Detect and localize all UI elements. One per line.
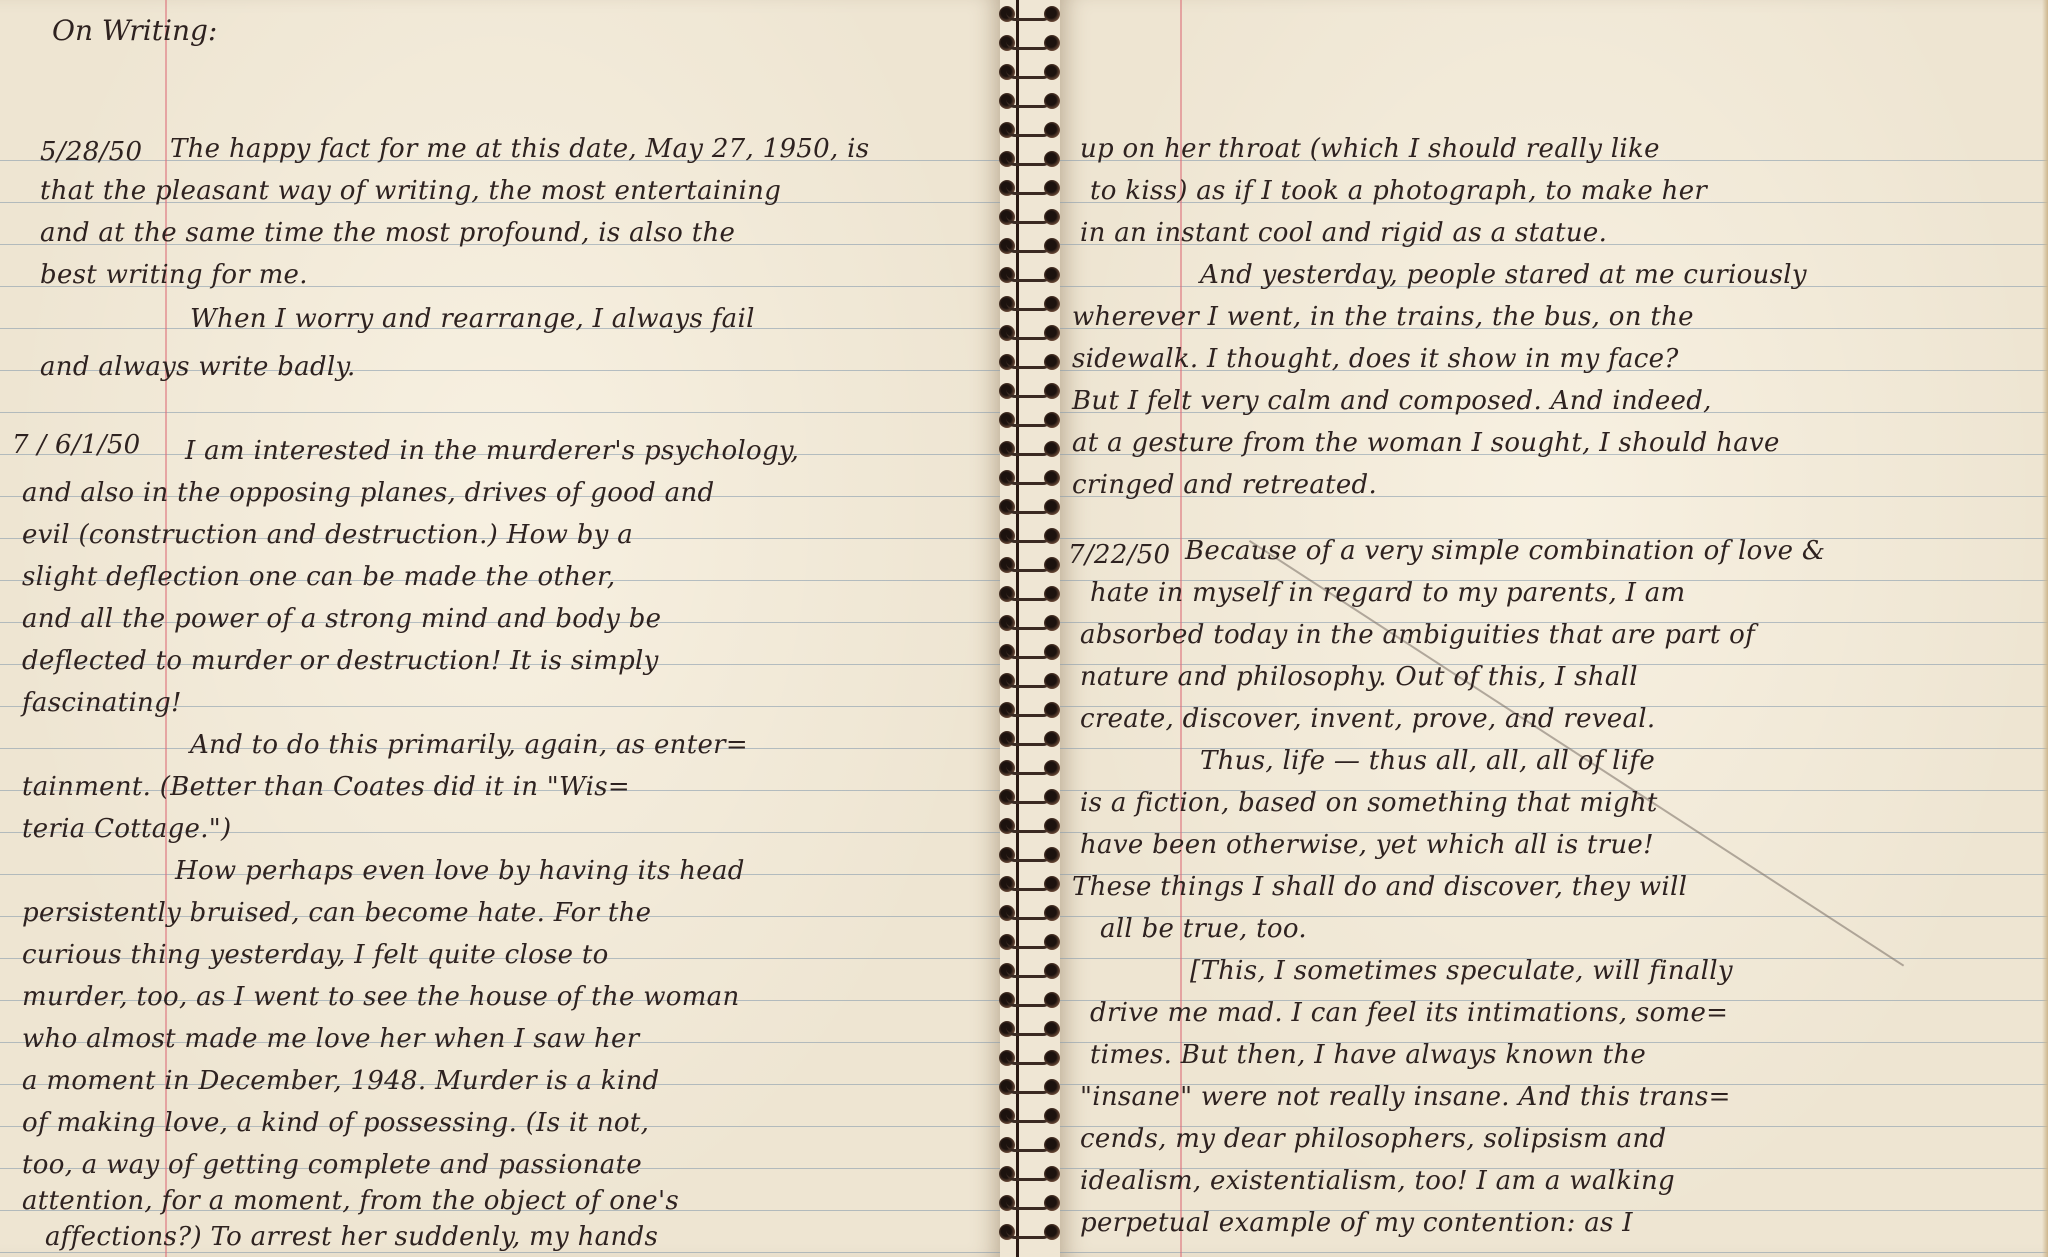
entry-date: 7/22/50 bbox=[1068, 540, 1170, 570]
binding-ring bbox=[996, 876, 1066, 896]
text-line: and all the power of a strong mind and b… bbox=[22, 598, 661, 640]
punch-hole bbox=[1044, 818, 1060, 834]
binding-ring bbox=[996, 905, 1066, 925]
text-line: [This, I sometimes speculate, will final… bbox=[1190, 950, 1733, 992]
punch-hole bbox=[1044, 93, 1060, 109]
text-line: murder, too, as I went to see the house … bbox=[22, 976, 740, 1018]
punch-hole bbox=[1044, 905, 1060, 921]
text-line: The happy fact for me at this date, May … bbox=[170, 128, 869, 170]
punch-hole bbox=[1044, 847, 1060, 863]
text-line: at a gesture from the woman I sought, I … bbox=[1072, 422, 1780, 464]
text-line: is a fiction, based on something that mi… bbox=[1080, 782, 1658, 824]
text-line: evil (construction and destruction.) How… bbox=[22, 514, 633, 556]
binding-ring bbox=[996, 296, 1066, 316]
binding-ring bbox=[996, 789, 1066, 809]
entry-date: 5/28/50 bbox=[40, 137, 142, 167]
text-line: But I felt very calm and composed. And i… bbox=[1072, 380, 1712, 422]
punch-hole bbox=[1044, 992, 1060, 1008]
binding-ring bbox=[996, 528, 1066, 548]
punch-hole bbox=[1044, 441, 1060, 457]
text-line: nature and philosophy. Out of this, I sh… bbox=[1080, 656, 1638, 698]
punch-hole bbox=[1044, 64, 1060, 80]
text-line: fascinating! bbox=[22, 682, 182, 724]
binding-ring bbox=[996, 151, 1066, 171]
punch-hole bbox=[1044, 1224, 1060, 1240]
binding-ring bbox=[996, 673, 1066, 693]
binding-ring bbox=[996, 702, 1066, 722]
binding-ring bbox=[996, 1079, 1066, 1099]
punch-hole bbox=[1044, 673, 1060, 689]
punch-hole bbox=[1044, 238, 1060, 254]
punch-hole bbox=[1044, 180, 1060, 196]
text-line: up on her throat (which I should really … bbox=[1080, 128, 1660, 170]
page-heading: On Writing: bbox=[52, 14, 217, 47]
text-line: Because of a very simple combination of … bbox=[1185, 530, 1825, 572]
text-line: in an instant cool and rigid as a statue… bbox=[1080, 212, 1607, 254]
notebook-spread: On Writing: 5/28/50 The happy fact for m… bbox=[0, 0, 2048, 1257]
binding-ring bbox=[996, 847, 1066, 867]
text-line: slight deflection one can be made the ot… bbox=[22, 556, 615, 598]
text-line: sidewalk. I thought, does it show in my … bbox=[1072, 338, 1679, 380]
punch-hole bbox=[1044, 731, 1060, 747]
binding-ring bbox=[996, 325, 1066, 345]
binding-ring bbox=[996, 412, 1066, 432]
text-line: a moment in December, 1948. Murder is a … bbox=[22, 1060, 659, 1102]
punch-hole bbox=[1044, 528, 1060, 544]
text-line: How perhaps even love by having its head bbox=[175, 850, 745, 892]
punch-hole bbox=[1044, 615, 1060, 631]
binding-ring bbox=[996, 1137, 1066, 1157]
binding-ring bbox=[996, 180, 1066, 200]
punch-hole bbox=[1044, 1021, 1060, 1037]
punch-hole bbox=[1044, 35, 1060, 51]
binding-ring bbox=[996, 1195, 1066, 1215]
punch-hole bbox=[1044, 1079, 1060, 1095]
text-line: curious thing yesterday, I felt quite cl… bbox=[22, 934, 609, 976]
punch-hole bbox=[1044, 383, 1060, 399]
binding-ring bbox=[996, 93, 1066, 113]
binding-ring bbox=[996, 441, 1066, 461]
punch-hole bbox=[1044, 760, 1060, 776]
punch-hole bbox=[1044, 586, 1060, 602]
text-line: have been otherwise, yet which all is tr… bbox=[1080, 824, 1654, 866]
text-line: deflected to murder or destruction! It i… bbox=[22, 640, 659, 682]
text-line: cends, my dear philosophers, solipsism a… bbox=[1080, 1118, 1666, 1160]
binding-ring bbox=[996, 238, 1066, 258]
punch-hole bbox=[1044, 702, 1060, 718]
binding-ring bbox=[996, 1108, 1066, 1128]
text-line: I am interested in the murderer's psycho… bbox=[185, 430, 799, 472]
punch-hole bbox=[1044, 963, 1060, 979]
binding-ring bbox=[996, 499, 1066, 519]
binding-ring bbox=[996, 557, 1066, 577]
punch-hole bbox=[1044, 325, 1060, 341]
binding-ring bbox=[996, 383, 1066, 403]
punch-hole bbox=[1044, 934, 1060, 950]
punch-hole bbox=[1044, 267, 1060, 283]
punch-hole bbox=[1044, 6, 1060, 22]
punch-hole bbox=[1044, 470, 1060, 486]
binding-ring bbox=[996, 963, 1066, 983]
text-line: best writing for me. bbox=[40, 254, 308, 296]
punch-hole bbox=[1044, 412, 1060, 428]
binding-ring bbox=[996, 64, 1066, 84]
punch-hole bbox=[1044, 122, 1060, 138]
binding-ring bbox=[996, 6, 1066, 26]
text-line: times. But then, I have always known the bbox=[1090, 1034, 1646, 1076]
text-line: to kiss) as if I took a photograph, to m… bbox=[1090, 170, 1707, 212]
binding-ring bbox=[996, 470, 1066, 490]
text-line: and always write badly. bbox=[40, 346, 356, 388]
punch-hole bbox=[1044, 1195, 1060, 1211]
text-line: perpetual example of my contention: as I bbox=[1080, 1202, 1633, 1244]
punch-hole bbox=[1044, 557, 1060, 573]
text-line: and also in the opposing planes, drives … bbox=[22, 472, 714, 514]
text-line: and at the same time the most profound, … bbox=[40, 212, 735, 254]
binding-ring bbox=[996, 818, 1066, 838]
right-page: up on her throat (which I should really … bbox=[1060, 0, 2048, 1257]
binding-ring bbox=[996, 1166, 1066, 1186]
text-line: who almost made me love her when I saw h… bbox=[22, 1018, 639, 1060]
text-line: And yesterday, people stared at me curio… bbox=[1200, 254, 1807, 296]
text-line: drive me mad. I can feel its intimations… bbox=[1090, 992, 1728, 1034]
left-page: On Writing: 5/28/50 The happy fact for m… bbox=[0, 0, 1000, 1257]
binding-ring bbox=[996, 209, 1066, 229]
punch-hole bbox=[1044, 789, 1060, 805]
binding-ring bbox=[996, 934, 1066, 954]
text-line: create, discover, invent, prove, and rev… bbox=[1080, 698, 1655, 740]
binding-ring bbox=[996, 586, 1066, 606]
text-line: wherever I went, in the trains, the bus,… bbox=[1072, 296, 1694, 338]
punch-hole bbox=[1044, 1137, 1060, 1153]
punch-hole bbox=[1044, 354, 1060, 370]
binding-ring bbox=[996, 1224, 1066, 1244]
punch-hole bbox=[1044, 1050, 1060, 1066]
binding-ring bbox=[996, 267, 1066, 287]
punch-hole bbox=[1044, 644, 1060, 660]
binding-ring bbox=[996, 354, 1066, 374]
punch-hole bbox=[1044, 1108, 1060, 1124]
text-line: And to do this primarily, again, as ente… bbox=[190, 724, 748, 766]
text-line: "insane" were not really insane. And thi… bbox=[1080, 1076, 1731, 1118]
binding-ring bbox=[996, 731, 1066, 751]
text-line: teria Cottage.") bbox=[22, 808, 232, 850]
binding-ring bbox=[996, 122, 1066, 142]
punch-hole bbox=[1044, 1166, 1060, 1182]
binding-ring bbox=[996, 1021, 1066, 1041]
punch-hole bbox=[1044, 296, 1060, 312]
punch-hole bbox=[1044, 499, 1060, 515]
text-line: absorbed today in the ambiguities that a… bbox=[1080, 614, 1755, 656]
text-line: persistently bruised, can become hate. F… bbox=[22, 892, 651, 934]
binding-ring bbox=[996, 992, 1066, 1012]
binding-ring bbox=[996, 35, 1066, 55]
text-line: all be true, too. bbox=[1100, 908, 1307, 950]
text-line: affections?) To arrest her suddenly, my … bbox=[45, 1216, 658, 1257]
text-line: cringed and retreated. bbox=[1072, 464, 1377, 506]
text-line: When I worry and rearrange, I always fai… bbox=[190, 298, 755, 340]
binding-ring bbox=[996, 760, 1066, 780]
spiral-binding bbox=[996, 0, 1066, 1257]
punch-hole bbox=[1044, 876, 1060, 892]
binding-ring bbox=[996, 615, 1066, 635]
text-line: These things I shall do and discover, th… bbox=[1072, 866, 1687, 908]
binding-ring bbox=[996, 1050, 1066, 1070]
text-line: idealism, existentialism, too! I am a wa… bbox=[1080, 1160, 1675, 1202]
binding-ring bbox=[996, 644, 1066, 664]
text-line: that the pleasant way of writing, the mo… bbox=[40, 170, 781, 212]
text-line: tainment. (Better than Coates did it in … bbox=[22, 766, 630, 808]
punch-hole bbox=[1044, 209, 1060, 225]
text-line: Thus, life — thus all, all, all of life bbox=[1200, 740, 1655, 782]
entry-date: 7 / 6/1/50 bbox=[12, 430, 141, 460]
text-line: hate in myself in regard to my parents, … bbox=[1090, 572, 1685, 614]
punch-hole bbox=[1044, 151, 1060, 167]
text-line: of making love, a kind of possessing. (I… bbox=[22, 1102, 649, 1144]
